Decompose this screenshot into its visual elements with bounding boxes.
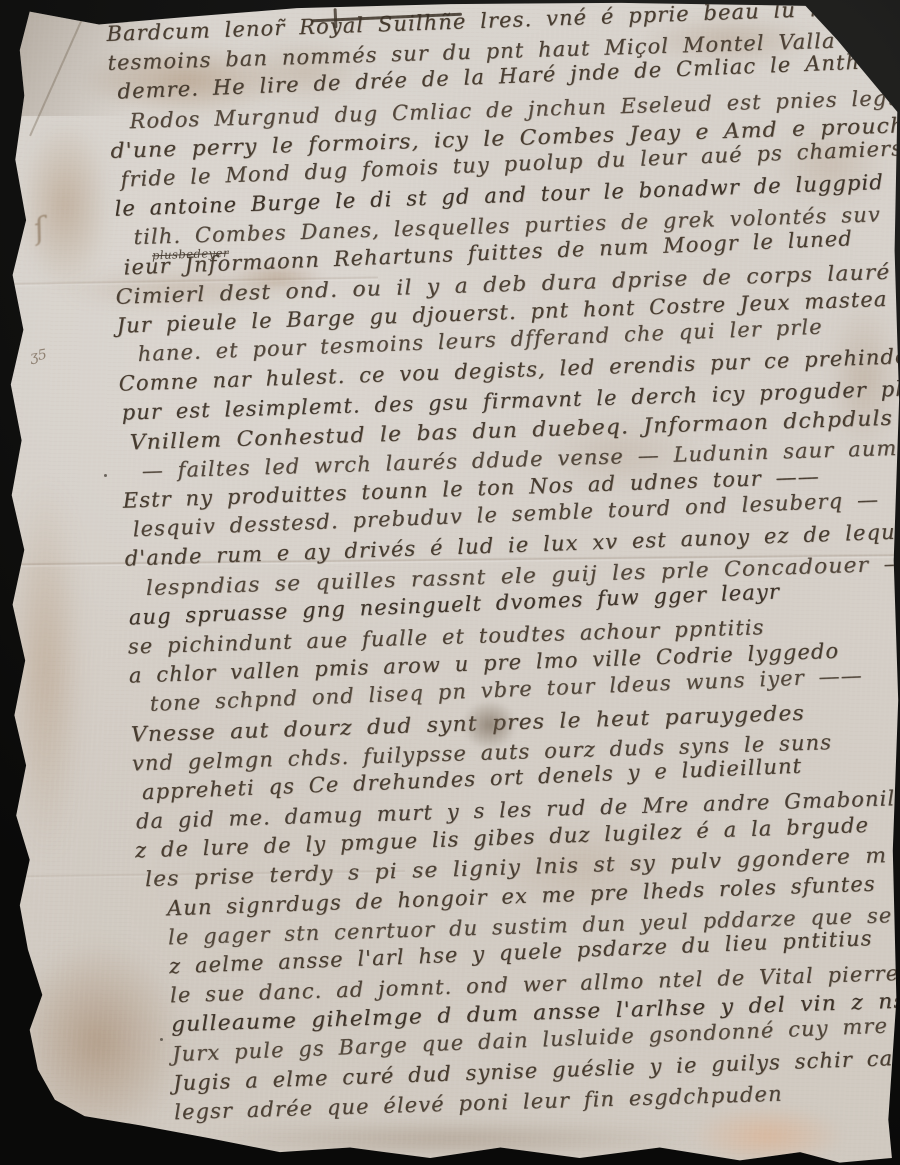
photo-background: ſ ʒ5 plusbedeyer Bardcum lenor̃ Royal Su… (0, 0, 900, 1165)
interline-note: plusbedeyer (152, 246, 229, 263)
manuscript-page: ſ ʒ5 plusbedeyer Bardcum lenor̃ Royal Su… (0, 0, 900, 1165)
stain (200, 1120, 700, 1158)
margin-mark: ʒ5 (29, 347, 48, 366)
stain (8, 480, 83, 860)
stain (690, 1105, 845, 1165)
handwriting-block: Bardcum lenor̃ Royal Suilhñe lres. vné é… (106, 0, 900, 1128)
ink-blot (462, 700, 517, 750)
stain (20, 120, 110, 290)
ink-speck (104, 474, 107, 477)
